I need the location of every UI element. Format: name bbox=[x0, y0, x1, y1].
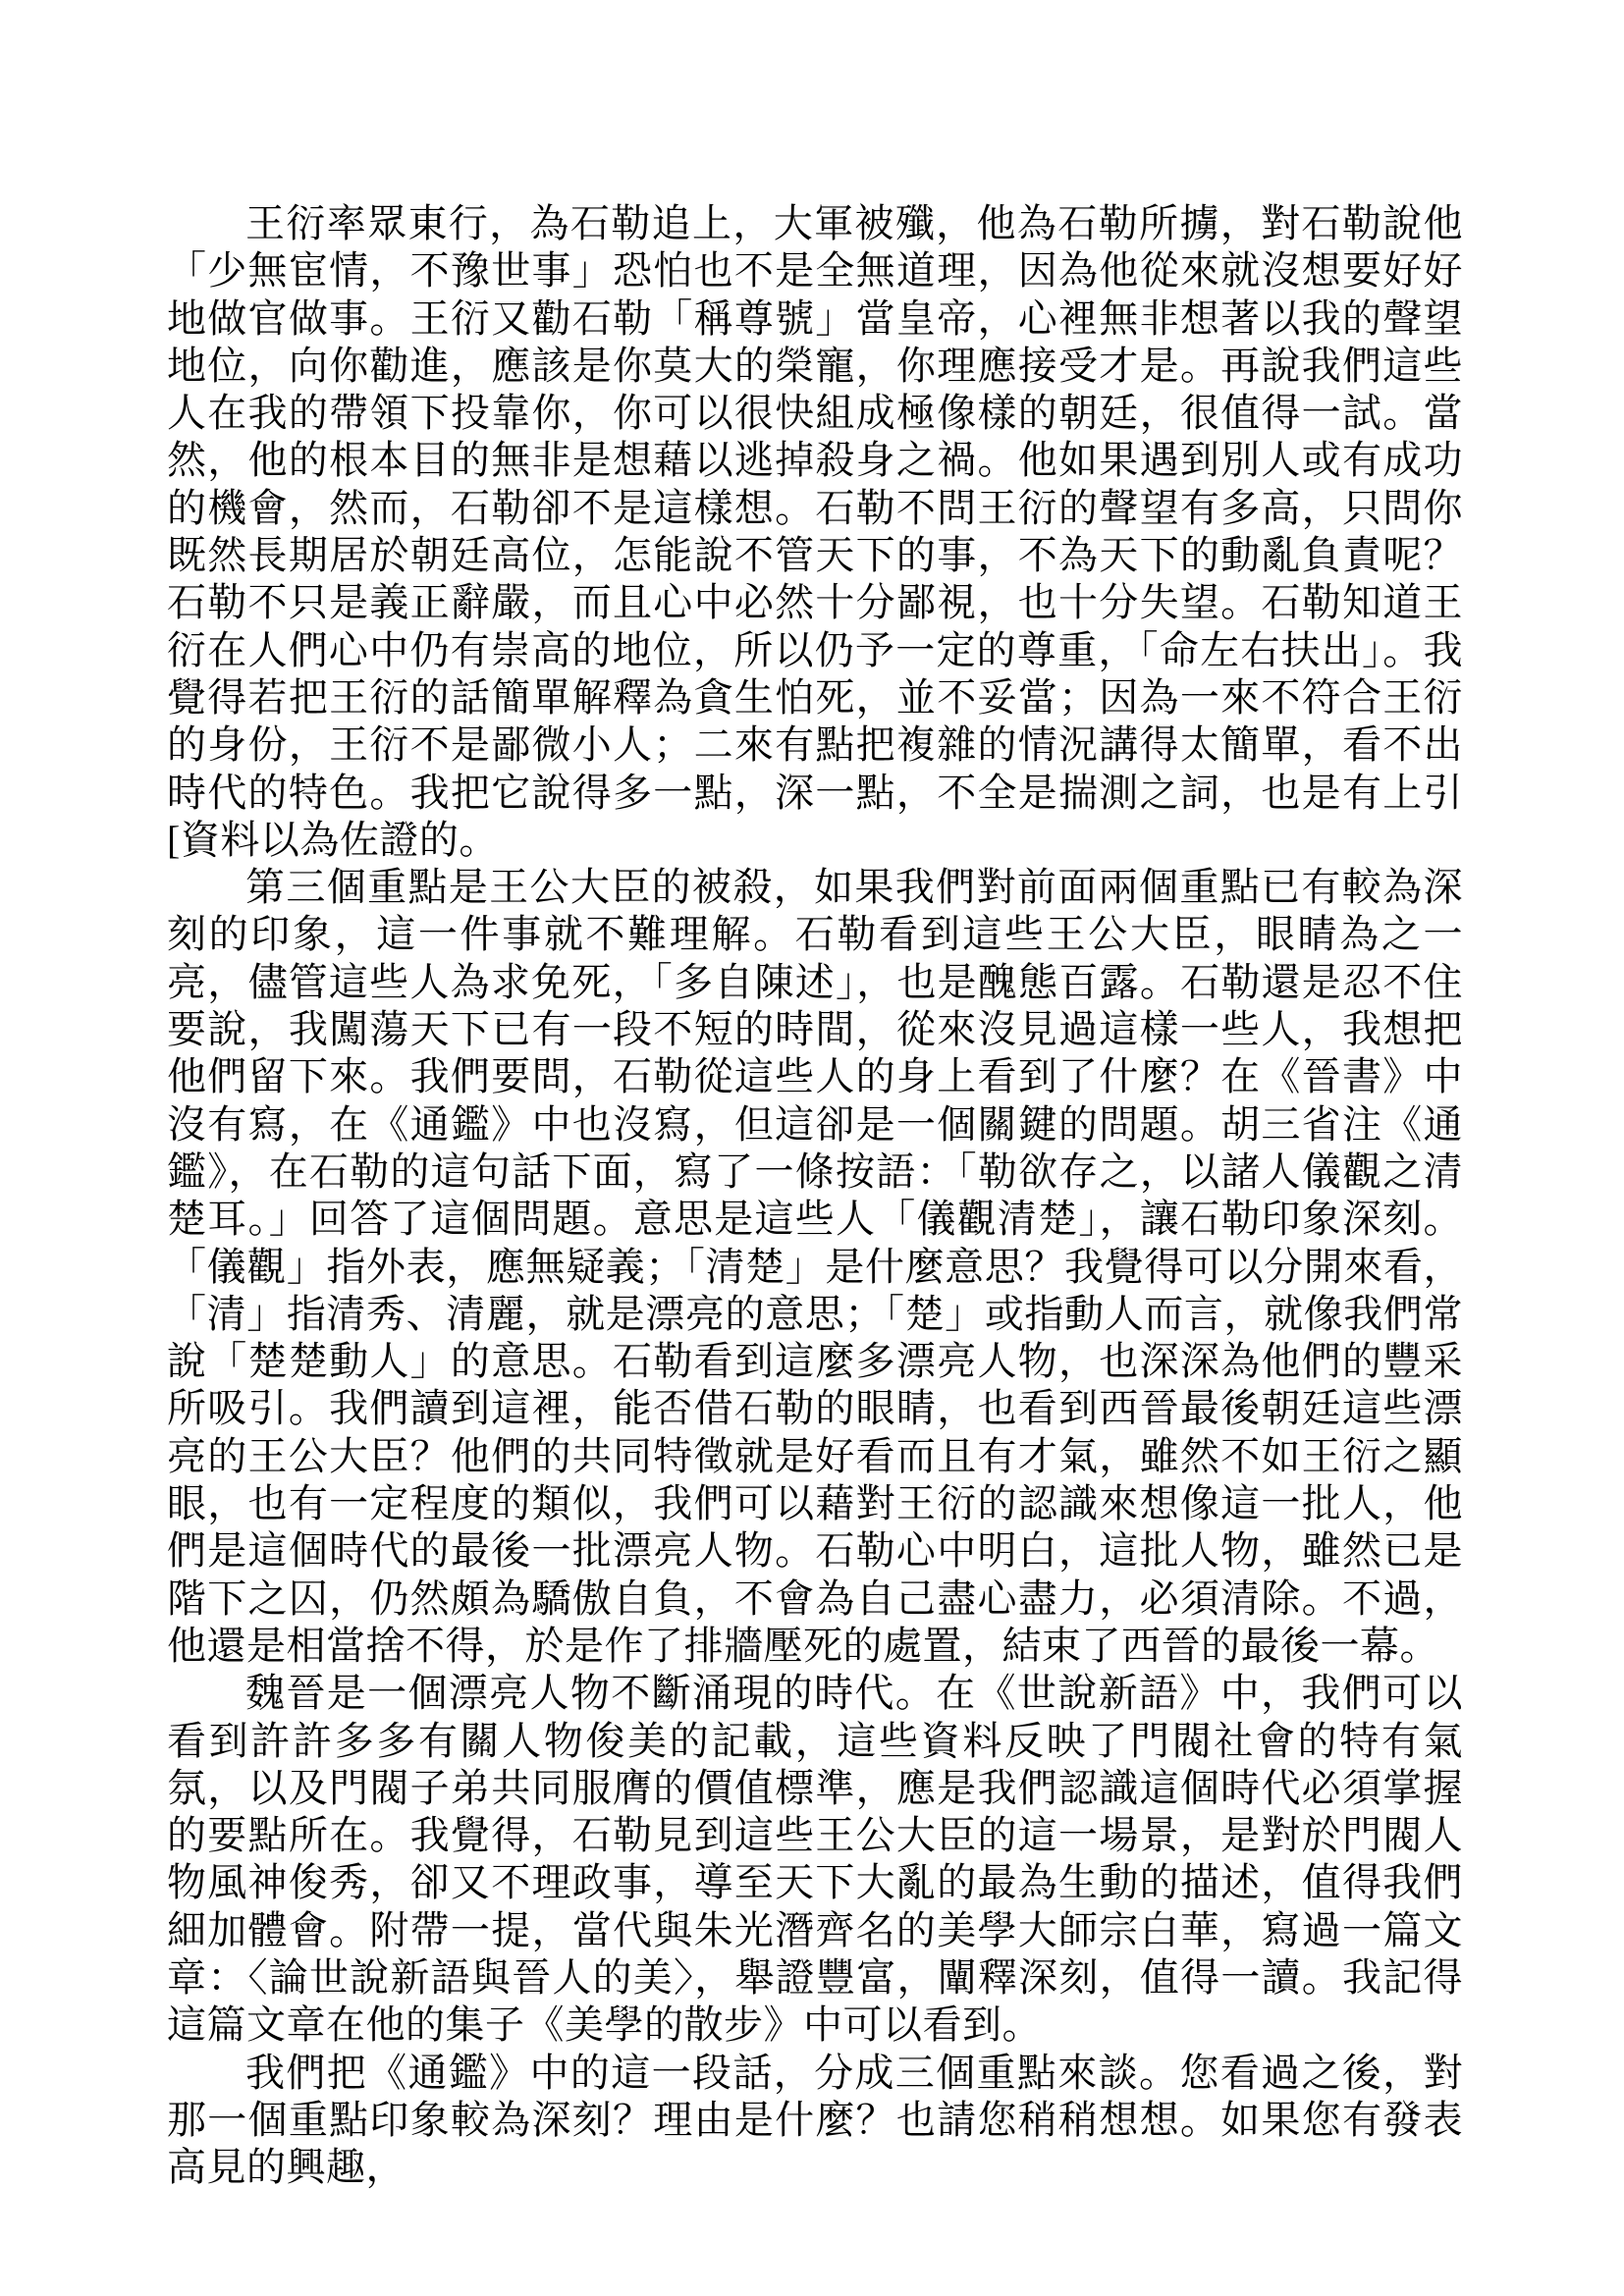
paragraph-1: 王衍率眾東行，為石勒追上，大軍被殲，他為石勒所擄，對石勒說他「少無宦情，不豫世事… bbox=[167, 200, 1463, 864]
paragraph-4: 我們把《通鑑》中的這一段話，分成三個重點來談。您看過之後，對那一個重點印象較為深… bbox=[167, 2050, 1463, 2192]
paragraph-3: 魏晉是一個漂亮人物不斷涌現的時代。在《世說新語》中，我們可以看到許許多多有關人物… bbox=[167, 1670, 1463, 2049]
paragraph-2: 第三個重點是王公大臣的被殺，如果我們對前面兩個重點已有較為深刻的印象，這一件事就… bbox=[167, 864, 1463, 1670]
text-block: 王衍率眾東行，為石勒追上，大軍被殲，他為石勒所擄，對石勒說他「少無宦情，不豫世事… bbox=[167, 200, 1463, 2191]
document-page: 王衍率眾東行，為石勒追上，大軍被殲，他為石勒所擄，對石勒說他「少無宦情，不豫世事… bbox=[0, 0, 1624, 2296]
